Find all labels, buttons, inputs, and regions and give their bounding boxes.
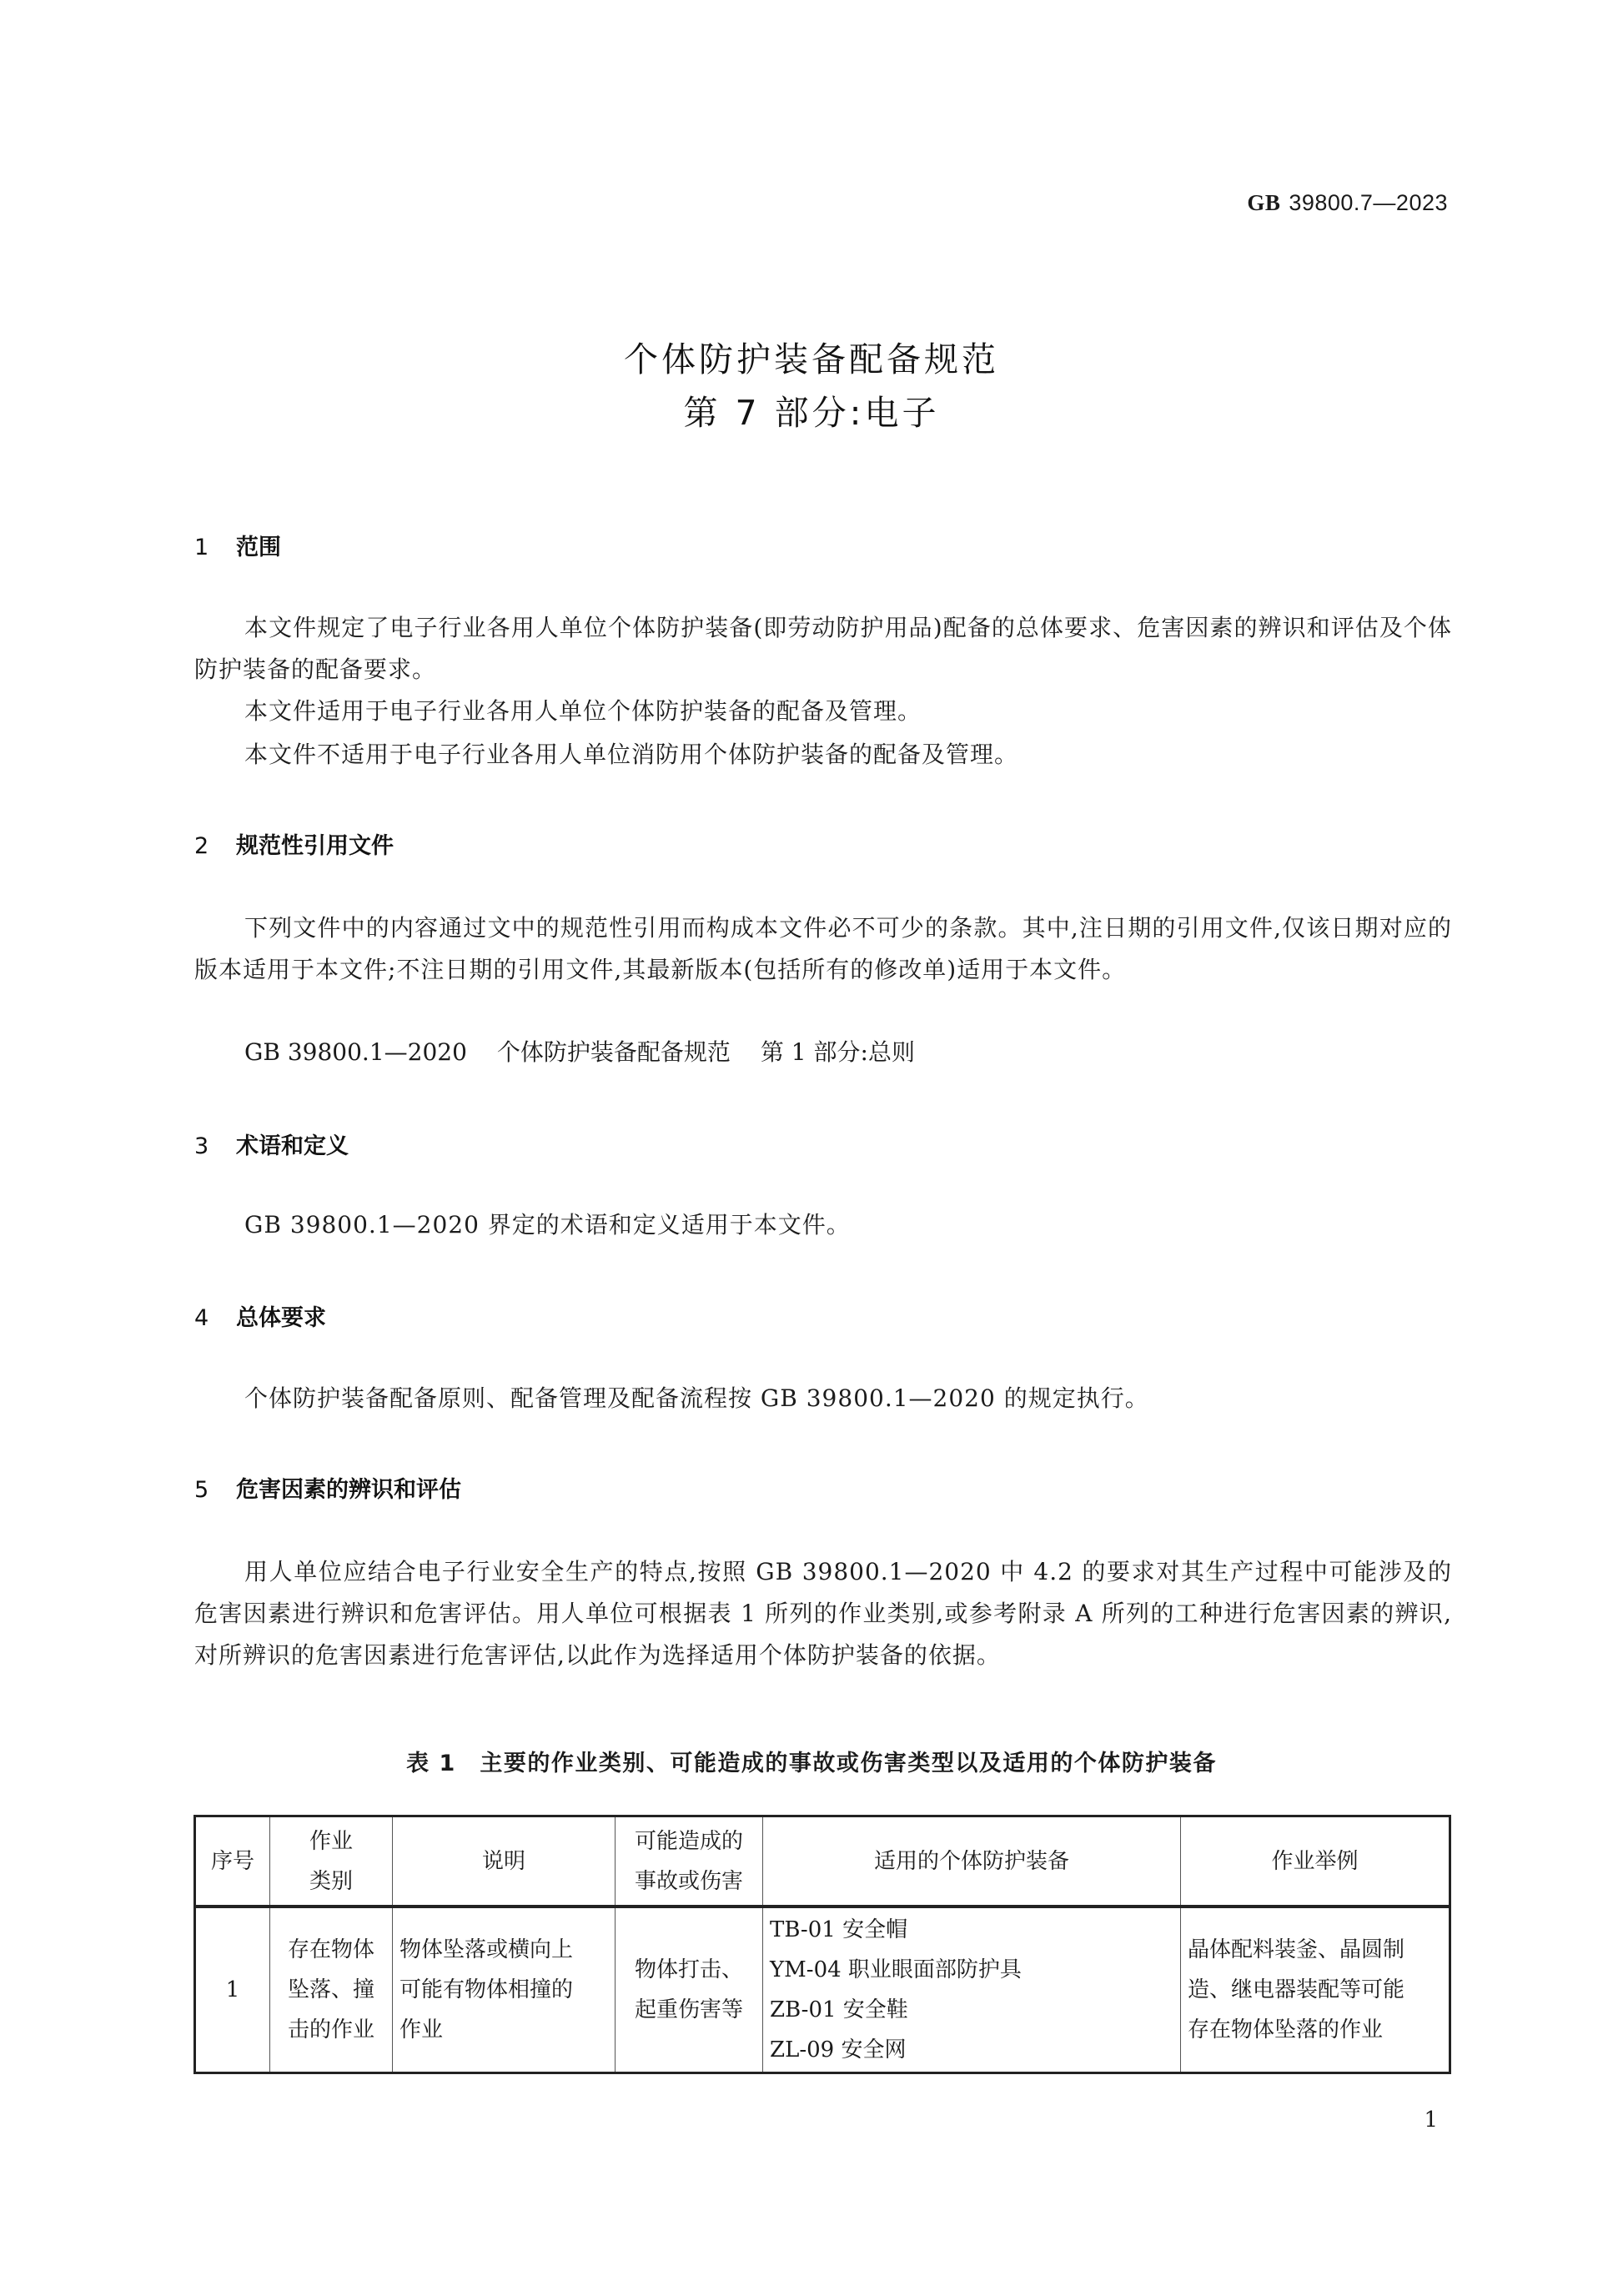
section-1-paragraph-2: 本文件适用于电子行业各用人单位个体防护装备的配备及管理。 [194,691,1452,732]
section-heading-3: 3术语和定义 [194,1128,349,1160]
section-1-paragraph-1: 本文件规定了电子行业各用人单位个体防护装备(即劳动防护用品)配备的总体要求、危害… [194,607,1452,691]
standard-number: GB39800.7—2023 [1247,190,1448,216]
section-1-paragraph-3: 本文件不适用于电子行业各用人单位消防用个体防护装备的配备及管理。 [194,734,1452,776]
section-heading-2: 2规范性引用文件 [194,827,394,860]
header-seq: 序号 [195,1816,270,1907]
cell-examples: 晶体配料装釜、晶圆制 造、继电器装配等可能 存在物体坠落的作业 [1181,1907,1450,2073]
table-row: 1 存在物体 坠落、撞 击的作业 物体坠落或横向上 可能有物体相撞的 作业 物体… [195,1907,1450,2073]
section-5-paragraph-1: 用人单位应结合电子行业安全生产的特点,按照 GB 39800.1—2020 中 … [194,1551,1452,1676]
cell-equipment: TB-01 安全帽 YM-04 职业眼面部防护具 ZB-01 安全鞋 ZL-09… [763,1907,1181,2073]
cell-description: 物体坠落或横向上 可能有物体相撞的 作业 [393,1907,616,2073]
cell-category: 存在物体 坠落、撞 击的作业 [270,1907,393,2073]
section-heading-1: 1范围 [194,529,281,561]
table-1-caption: 表 1 主要的作业类别、可能造成的事故或伤害类型以及适用的个体防护装备 [0,1745,1623,1777]
normative-reference: GB 39800.1—2020个体防护装备配备规范第 1 部分:总则 [244,1034,915,1068]
table-1: 序号 作业类别 说明 可能造成的事故或伤害 适用的个体防护装备 作业举例 1 存… [193,1815,1451,2074]
document-title: 个体防护装备配备规范 [0,332,1623,381]
reference-code: GB 39800.1—2020 [244,1038,467,1066]
section-heading-5: 5危害因素的辨识和评估 [194,1471,461,1504]
header-category: 作业类别 [270,1816,393,1907]
reference-title: 个体防护装备配备规范 [497,1038,731,1066]
page-number: 1 [1424,2108,1438,2133]
section-4-paragraph-1: 个体防护装备配备原则、配备管理及配备流程按 GB 39800.1—2020 的规… [194,1378,1452,1419]
header-injury: 可能造成的事故或伤害 [616,1816,763,1907]
cell-injury: 物体打击、 起重伤害等 [616,1907,763,2073]
document-subtitle: 第 7 部分:电子 [0,385,1623,435]
section-2-paragraph-1: 下列文件中的内容通过文中的规范性引用而构成本文件必不可少的条款。其中,注日期的引… [194,907,1452,991]
table-header-row: 序号 作业类别 说明 可能造成的事故或伤害 适用的个体防护装备 作业举例 [195,1816,1450,1907]
standard-prefix: GB [1247,190,1280,215]
header-examples: 作业举例 [1181,1816,1450,1907]
header-equipment: 适用的个体防护装备 [763,1816,1181,1907]
section-heading-4: 4总体要求 [194,1299,326,1332]
reference-part: 第 1 部分:总则 [761,1038,915,1066]
standard-code: 39800.7—2023 [1289,190,1448,215]
section-3-paragraph-1: GB 39800.1—2020 界定的术语和定义适用于本文件。 [194,1204,1452,1246]
cell-seq: 1 [195,1907,270,2073]
header-description: 说明 [393,1816,616,1907]
